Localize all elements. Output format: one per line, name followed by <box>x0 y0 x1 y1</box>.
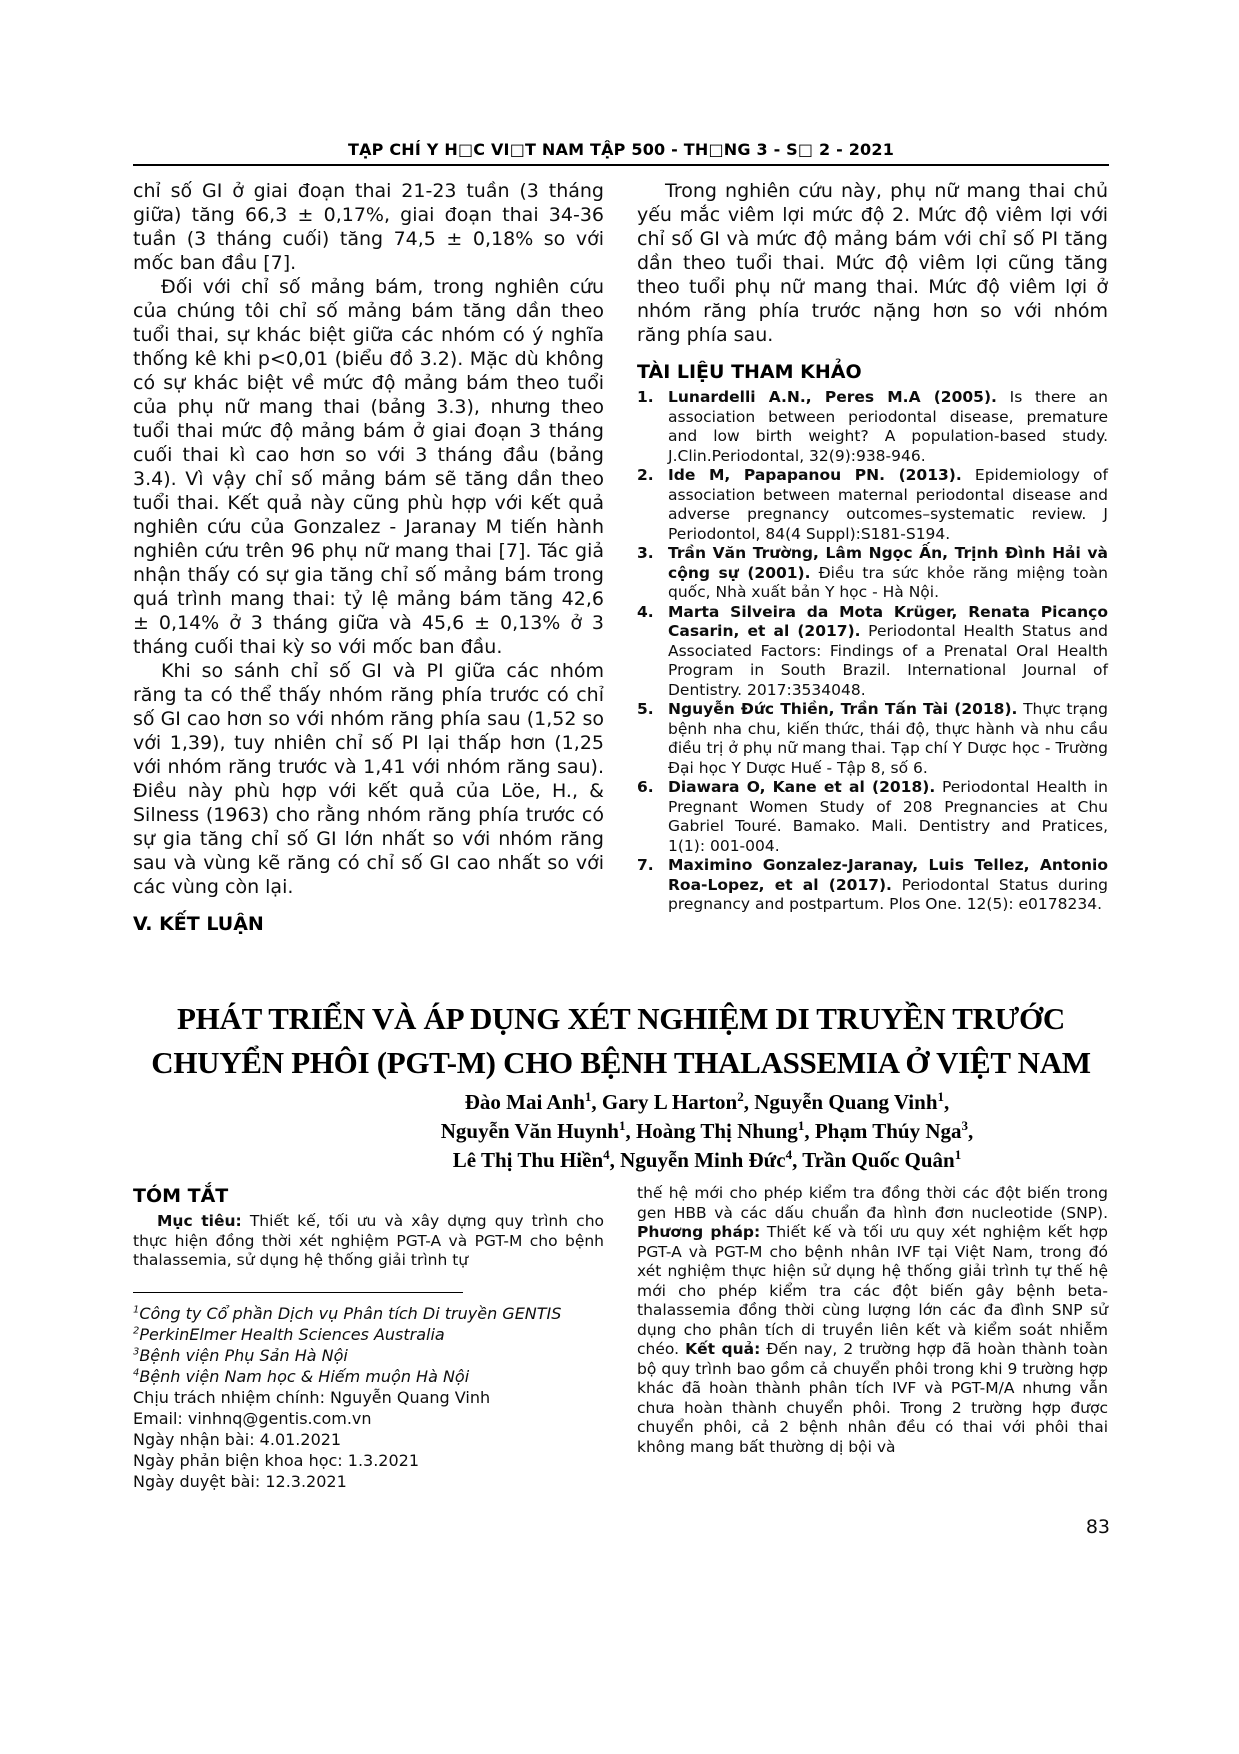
conclusion-heading: V. KẾT LUẬN <box>133 912 604 936</box>
abstract-heading: TÓM TẮT <box>133 1184 604 1208</box>
reference-number: 3. <box>637 544 654 564</box>
author-line: Nguyễn Văn Huynh1, Hoàng Thị Nhung1, Phạ… <box>305 1117 1109 1146</box>
reference-number: 1. <box>637 388 654 408</box>
header-rule <box>133 164 1109 166</box>
references-heading: TÀI LIỆU THAM KHẢO <box>637 360 1108 384</box>
footnote-block: 1Công ty Cổ phần Dịch vụ Phân tích Di tr… <box>133 1292 604 1492</box>
discussion-paragraph: Trong nghiên cứu này, phụ nữ mang thai c… <box>637 179 1108 347</box>
abstract-right-paragraph: thế hệ mới cho phép kiểm tra đồng thời c… <box>637 1184 1108 1457</box>
reference-number: 5. <box>637 700 654 720</box>
affiliation-footnote: 2PerkinElmer Health Sciences Australia <box>133 1324 604 1345</box>
meta-footnotes: Chịu trách nhiệm chính: Nguyễn Quang Vin… <box>133 1387 604 1492</box>
reference-item: 1.Lunardelli A.N., Peres M.A (2005). Is … <box>637 388 1108 466</box>
reference-item: 6.Diawara O, Kane et al (2018). Periodon… <box>637 778 1108 856</box>
reference-item: 4.Marta Silveira da Mota Krüger, Renata … <box>637 603 1108 701</box>
body-paragraph: Đối với chỉ số mảng bám, trong nghiên cứ… <box>133 275 604 659</box>
author-line: Lê Thị Thu Hiền4, Nguyễn Minh Đức4, Trần… <box>305 1146 1109 1175</box>
affiliation-footnote: 4Bệnh viện Nam học & Hiếm muộn Hà Nội <box>133 1366 604 1387</box>
title-line-2: CHUYỂN PHÔI (PGT-M) CHO BỆNH THALASSEMIA… <box>133 1041 1109 1085</box>
article-end-section: chỉ số GI ở giai đoạn thai 21-23 tuần (3… <box>133 179 1109 940</box>
authors-block: Đào Mai Anh1, Gary L Harton2, Nguyễn Qua… <box>133 1088 1109 1175</box>
journal-page: TẠP CHÍ Y H□C VI□T NAM TẬP 500 - TH□NG 3… <box>0 0 1239 1754</box>
new-article-title: PHÁT TRIỂN VÀ ÁP DỤNG XÉT NGHIỆM DI TRUY… <box>133 997 1109 1085</box>
abstract-left-column: TÓM TẮT Mục tiêu: Thiết kế, tối ưu và xâ… <box>133 1184 604 1492</box>
journal-header: TẠP CHÍ Y H□C VI□T NAM TẬP 500 - TH□NG 3… <box>133 140 1109 159</box>
right-column: Trong nghiên cứu này, phụ nữ mang thai c… <box>637 179 1108 915</box>
affiliation-footnote: 1Công ty Cổ phần Dịch vụ Phân tích Di tr… <box>133 1303 604 1324</box>
reference-item: 7.Maximino Gonzalez-Jaranay, Luis Tellez… <box>637 856 1108 915</box>
abstract-right-column: thế hệ mới cho phép kiểm tra đồng thời c… <box>637 1184 1108 1457</box>
meta-footnote: Ngày phản biện khoa học: 1.3.2021 <box>133 1450 604 1471</box>
references-list: 1.Lunardelli A.N., Peres M.A (2005). Is … <box>637 388 1108 915</box>
reference-number: 4. <box>637 603 654 623</box>
meta-footnote: Email: vinhnq@gentis.com.vn <box>133 1408 604 1429</box>
page-content: TẠP CHÍ Y H□C VI□T NAM TẬP 500 - TH□NG 3… <box>133 140 1109 1492</box>
reference-number: 6. <box>637 778 654 798</box>
body-paragraph: Khi so sánh chỉ số GI và PI giữa các nhó… <box>133 659 604 899</box>
affiliation-footnote: 3Bệnh viện Phụ Sản Hà Nội <box>133 1345 604 1366</box>
reference-number: 7. <box>637 856 654 876</box>
page-number: 83 <box>1086 1516 1110 1538</box>
meta-footnote: Ngày duyệt bài: 12.3.2021 <box>133 1471 604 1492</box>
affiliation-footnotes: 1Công ty Cổ phần Dịch vụ Phân tích Di tr… <box>133 1303 604 1387</box>
abstract-section: TÓM TẮT Mục tiêu: Thiết kế, tối ưu và xâ… <box>133 1184 1109 1492</box>
author-line: Đào Mai Anh1, Gary L Harton2, Nguyễn Qua… <box>305 1088 1109 1117</box>
left-column: chỉ số GI ở giai đoạn thai 21-23 tuần (3… <box>133 179 604 940</box>
reference-number: 2. <box>637 466 654 486</box>
footnote-separator <box>133 1292 463 1293</box>
meta-footnote: Ngày nhận bài: 4.01.2021 <box>133 1429 604 1450</box>
reference-item: 5.Nguyễn Đức Thiền, Trần Tấn Tài (2018).… <box>637 700 1108 778</box>
meta-footnote: Chịu trách nhiệm chính: Nguyễn Quang Vin… <box>133 1387 604 1408</box>
reference-item: 3.Trần Văn Trường, Lâm Ngọc Ấn, Trịnh Đì… <box>637 544 1108 603</box>
left-column-paragraphs: chỉ số GI ở giai đoạn thai 21-23 tuần (3… <box>133 179 604 899</box>
reference-item: 2.Ide M, Papapanou PN. (2013). Epidemiol… <box>637 466 1108 544</box>
abstract-left-paragraph: Mục tiêu: Thiết kế, tối ưu và xây dựng q… <box>133 1212 604 1271</box>
body-paragraph: chỉ số GI ở giai đoạn thai 21-23 tuần (3… <box>133 179 604 275</box>
title-line-1: PHÁT TRIỂN VÀ ÁP DỤNG XÉT NGHIỆM DI TRUY… <box>133 997 1109 1041</box>
